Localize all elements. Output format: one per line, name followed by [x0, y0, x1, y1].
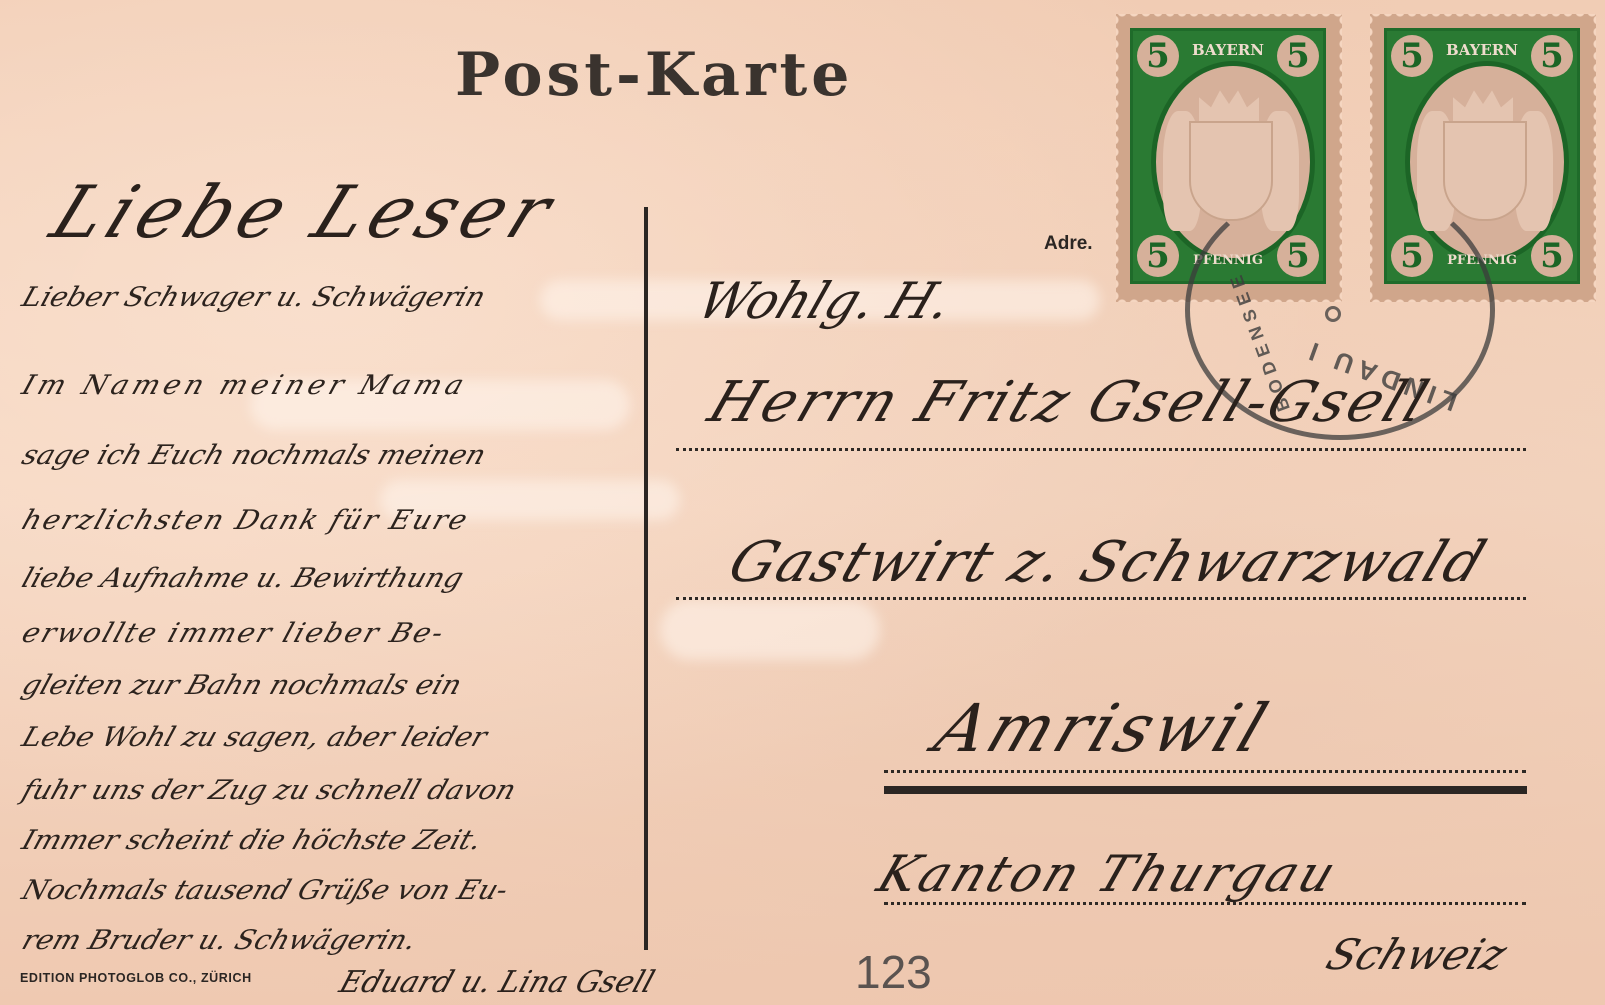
- message-line: Immer scheint die höchste Zeit.: [18, 825, 486, 856]
- address-line: [884, 770, 1526, 773]
- address-country: Schweiz: [1320, 930, 1514, 979]
- message-signature: Eduard u. Lina Gsell: [335, 965, 659, 1000]
- address-underline: [884, 786, 1527, 794]
- message-line: fuhr uns der Zug zu schnell davon: [18, 775, 520, 806]
- address-salutation: Wohlg. H.: [690, 272, 961, 330]
- coat-of-arms-icon: [1443, 121, 1527, 221]
- publisher-imprint: EDITION PHOTOGLOB CO., ZÜRICH: [20, 971, 252, 985]
- message-line: gleiten zur Bahn nochmals ein: [18, 670, 466, 701]
- address-canton: Kanton Thurgau: [870, 845, 1346, 903]
- address-label: Adre.: [1044, 233, 1093, 255]
- message-line: liebe Aufnahme u. Bewirthung: [18, 563, 467, 594]
- stamp-country: BAYERN: [1173, 41, 1283, 59]
- address-line: [676, 448, 1526, 451]
- message-line: Im Namen meiner Mama: [18, 370, 472, 401]
- stamp-value: 5: [1531, 35, 1573, 77]
- message-line: sage ich Euch nochmals meinen: [18, 440, 490, 471]
- stamp-value: 5: [1277, 35, 1319, 77]
- address-town: Amriswil: [925, 690, 1281, 767]
- paper-streak: [660, 600, 880, 660]
- message-line: herzlichsten Dank für Eure: [18, 505, 473, 536]
- archive-number: 123: [855, 945, 932, 999]
- postcard-title: Post-Karte: [455, 40, 853, 110]
- stamp-country: BAYERN: [1427, 41, 1537, 59]
- message-line: erwollte immer lieber Be-: [18, 618, 449, 649]
- message-line: Lieber Schwager u. Schwägerin: [18, 282, 489, 313]
- message-line: Nochmals tausend Grüße von Eu-: [18, 875, 512, 906]
- message-line: Lebe Wohl zu sagen, aber leider: [18, 722, 491, 753]
- address-line: [676, 597, 1526, 600]
- message-greeting: Liebe Leser: [40, 170, 569, 254]
- address-occupation: Gastwirt z. Schwarzwald: [720, 530, 1496, 595]
- address-name: Herrn Fritz Gsell-Gsell: [700, 370, 1439, 435]
- message-line: rem Bruder u. Schwägerin.: [18, 925, 420, 956]
- stamp-value: 5: [1531, 235, 1573, 277]
- vertical-divider: [644, 207, 648, 950]
- postmark-dot: [1325, 306, 1341, 322]
